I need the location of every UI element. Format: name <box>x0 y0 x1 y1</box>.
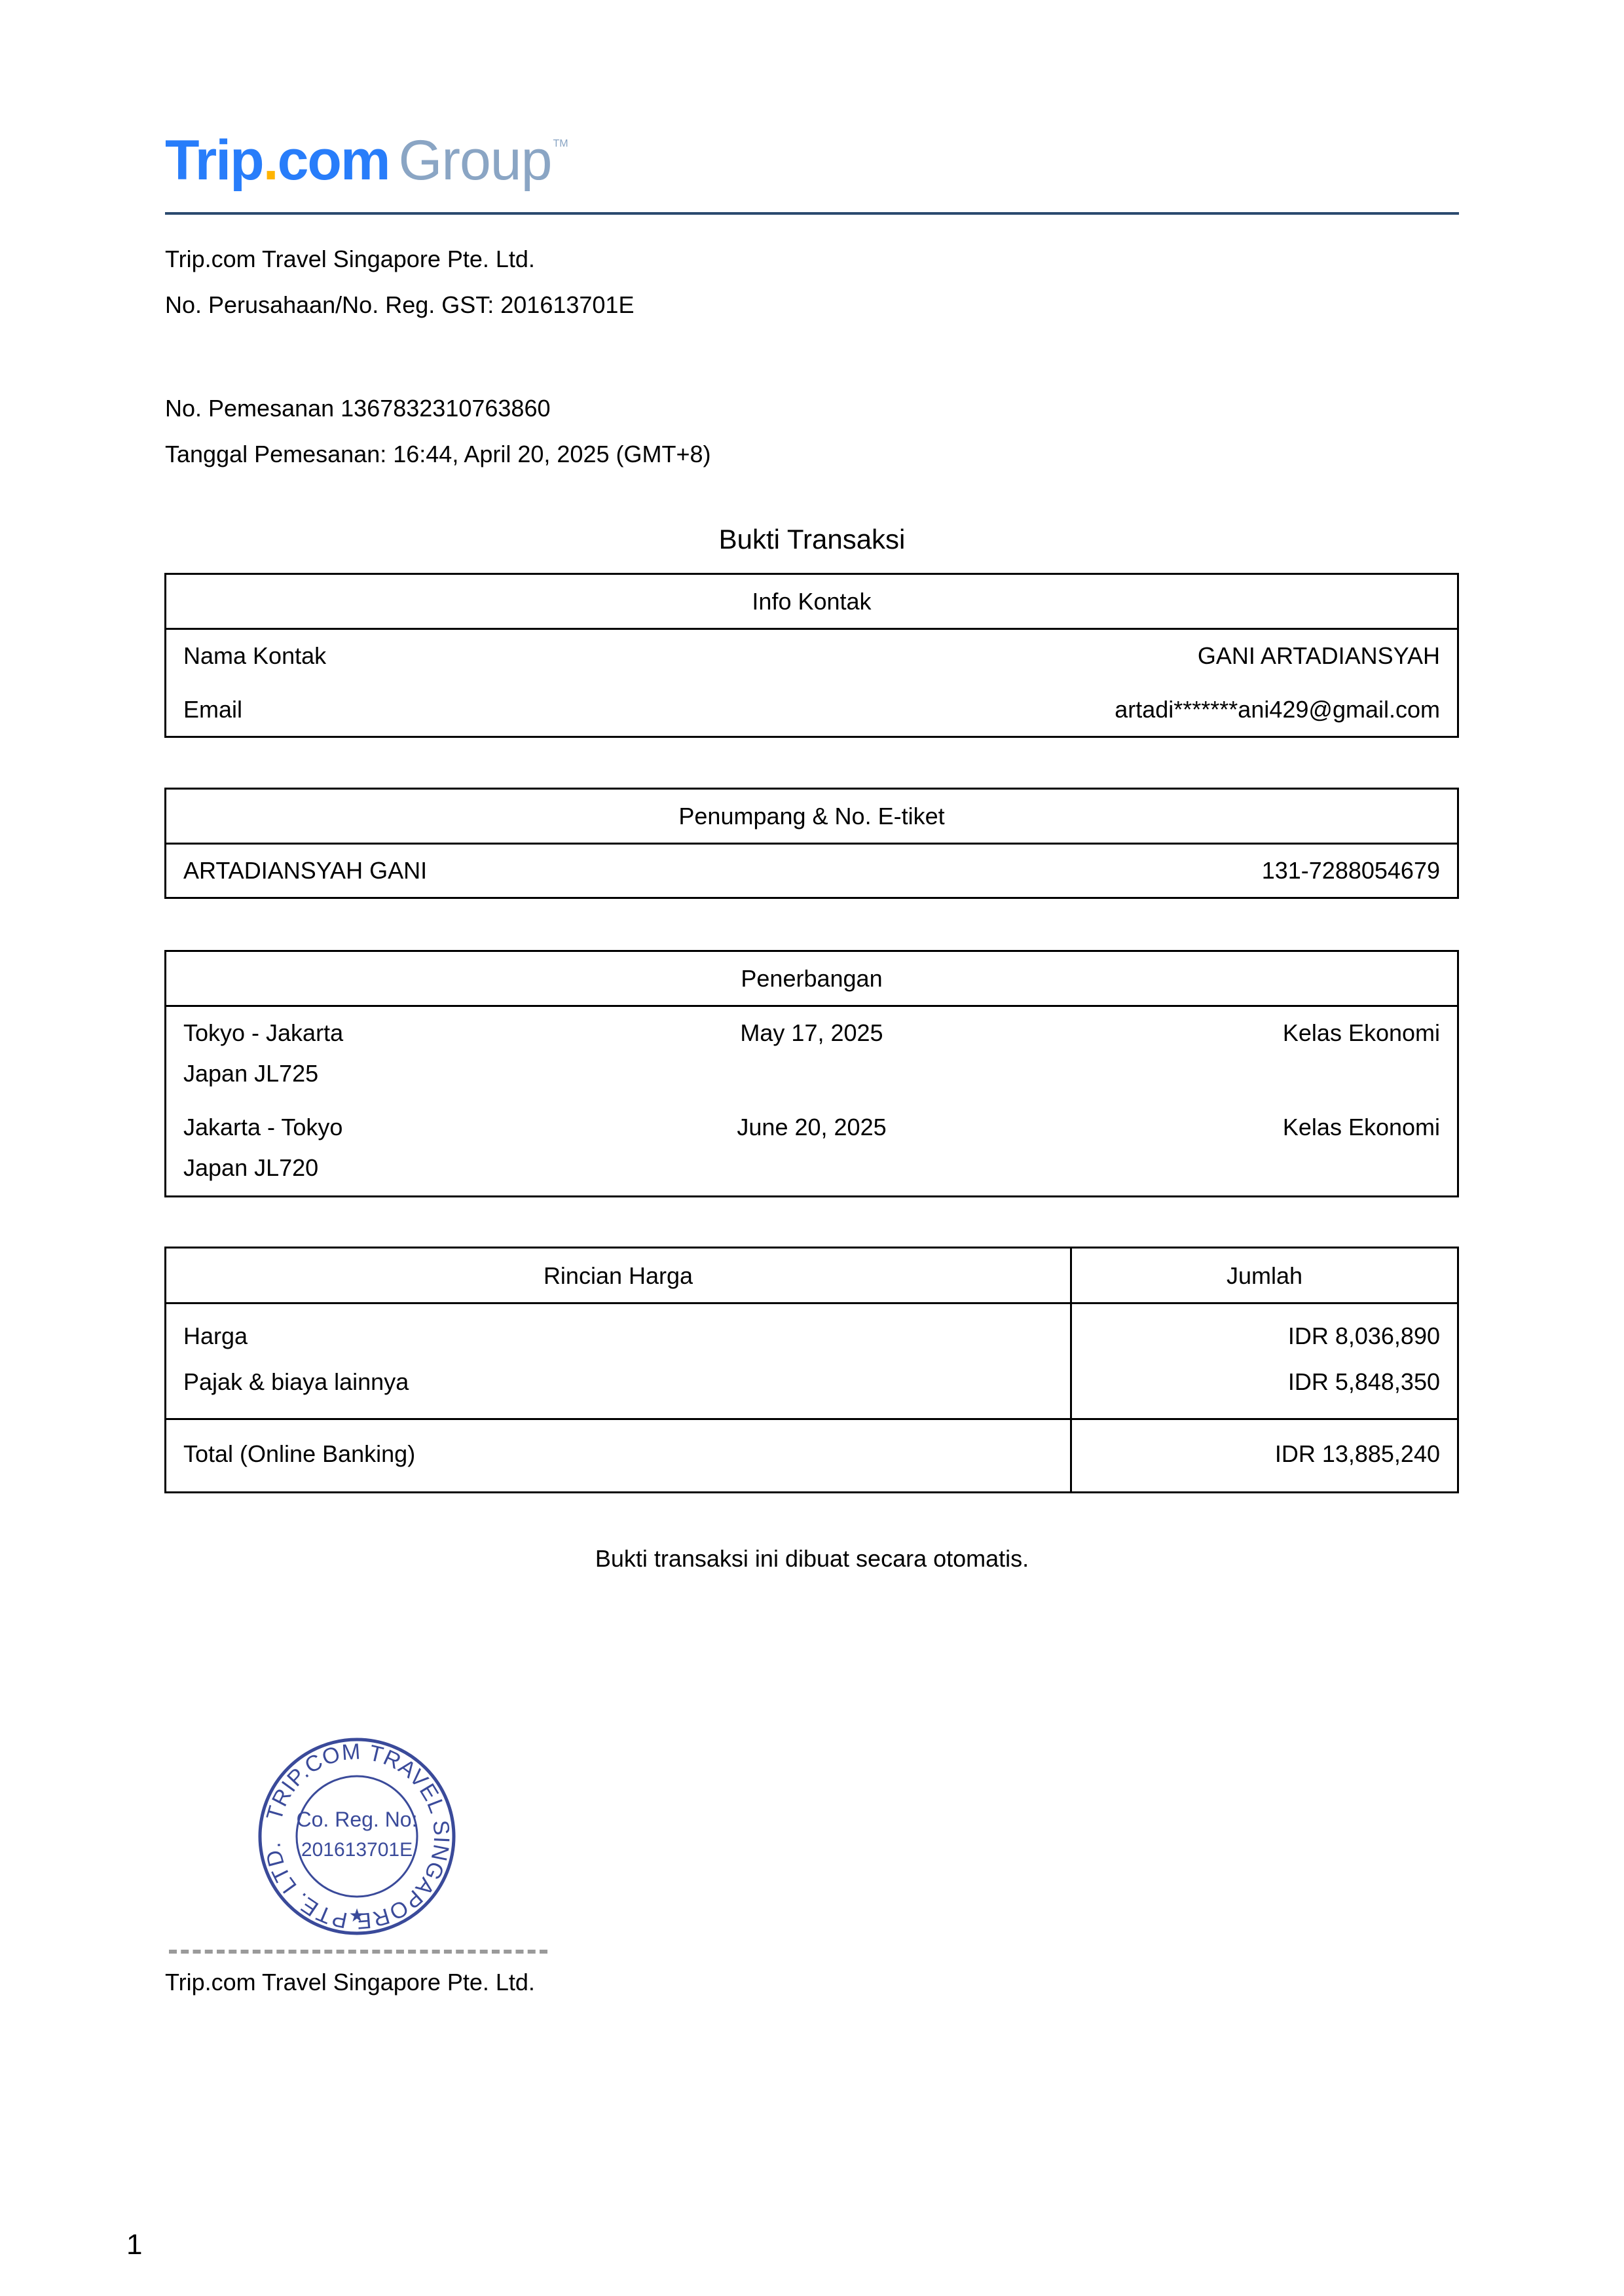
flight-airline: Japan JL720 <box>183 1155 1440 1181</box>
signature-line <box>169 1950 547 1954</box>
flight-class: Kelas Ekonomi <box>1021 1020 1440 1046</box>
stamp-inner-line1: Co. Reg. No: <box>297 1808 418 1831</box>
signer-name: Trip.com Travel Singapore Pte. Ltd. <box>165 1969 535 1995</box>
company-registration: No. Perusahaan/No. Reg. GST: 201613701E <box>165 292 634 318</box>
header-divider <box>165 212 1459 215</box>
table-row: Tokyo - Jakarta May 17, 2025 Kelas Ekono… <box>183 1020 1440 1046</box>
total-amount: IDR 13,885,240 <box>1275 1441 1440 1467</box>
flight-date: June 20, 2025 <box>602 1114 1022 1140</box>
total-label: Total (Online Banking) <box>183 1441 415 1467</box>
passenger-name: ARTADIANSYAH GANI <box>183 858 812 884</box>
contact-email-label: Email <box>183 697 812 723</box>
company-name: Trip.com Travel Singapore Pte. Ltd. <box>165 246 535 272</box>
table-row: Nama Kontak GANI ARTADIANSYAH <box>183 643 1440 669</box>
header-divider <box>166 1302 1457 1304</box>
auto-generated-note: Bukti transaksi ini dibuat secara otomat… <box>0 1545 1624 1573</box>
logo-group: Group <box>398 128 551 193</box>
passenger-table: Penumpang & No. E-tiket ARTADIANSYAH GAN… <box>164 788 1459 899</box>
page-number: 1 <box>126 2229 142 2261</box>
table-row: Japan JL725 <box>183 1061 1440 1087</box>
table-row: Jakarta - Tokyo June 20, 2025 Kelas Ekon… <box>183 1114 1440 1140</box>
contact-info-table: Info Kontak Nama Kontak GANI ARTADIANSYA… <box>164 573 1459 738</box>
flight-airline: Japan JL725 <box>183 1061 1440 1087</box>
price-detail-header: Rincian Harga <box>166 1248 1070 1303</box>
price-item-amount: IDR 8,036,890 <box>1288 1323 1440 1349</box>
contact-name-value: GANI ARTADIANSYAH <box>812 643 1441 669</box>
contact-email-value: artadi*******ani429@gmail.com <box>812 697 1441 723</box>
flights-table: Penerbangan Tokyo - Jakarta May 17, 2025… <box>164 950 1459 1197</box>
price-item-label: Pajak & biaya lainnya <box>183 1369 409 1395</box>
stamp-star-icon: ★ <box>348 1904 365 1926</box>
company-stamp-icon: TRIP.COM TRAVEL SINGAPORE PTE. LTD. Co. … <box>255 1735 458 1938</box>
price-amount-header: Jumlah <box>1072 1248 1457 1303</box>
price-item-label: Harga <box>183 1323 248 1349</box>
flight-route: Jakarta - Tokyo <box>183 1114 602 1140</box>
flights-header: Penerbangan <box>166 952 1457 1007</box>
booking-date: Tanggal Pemesanan: 16:44, April 20, 2025… <box>165 441 711 467</box>
contact-name-label: Nama Kontak <box>183 643 812 669</box>
stamp-inner-line2: 201613701E <box>301 1839 413 1861</box>
table-row: Email artadi*******ani429@gmail.com <box>183 697 1440 723</box>
table-row: Japan JL720 <box>183 1155 1440 1181</box>
logo-trademark: TM <box>553 138 568 150</box>
eticket-number: 131-7288054679 <box>812 858 1441 884</box>
price-table: Rincian Harga Jumlah Harga IDR 8,036,890… <box>164 1247 1459 1493</box>
flight-route: Tokyo - Jakarta <box>183 1020 602 1046</box>
passenger-header: Penumpang & No. E-tiket <box>166 790 1457 845</box>
trip-com-group-logo: Trip.com Group TM <box>165 128 568 194</box>
flight-date: May 17, 2025 <box>602 1020 1022 1046</box>
contact-info-header: Info Kontak <box>166 575 1457 630</box>
booking-number: No. Pemesanan 1367832310763860 <box>165 395 551 422</box>
total-divider <box>166 1418 1457 1420</box>
logo-brand: Trip.com <box>165 128 389 193</box>
price-item-amount: IDR 5,848,350 <box>1288 1369 1440 1395</box>
table-row: ARTADIANSYAH GANI 131-7288054679 <box>183 858 1440 884</box>
flight-class: Kelas Ekonomi <box>1021 1114 1440 1140</box>
document-title: Bukti Transaksi <box>0 524 1624 555</box>
